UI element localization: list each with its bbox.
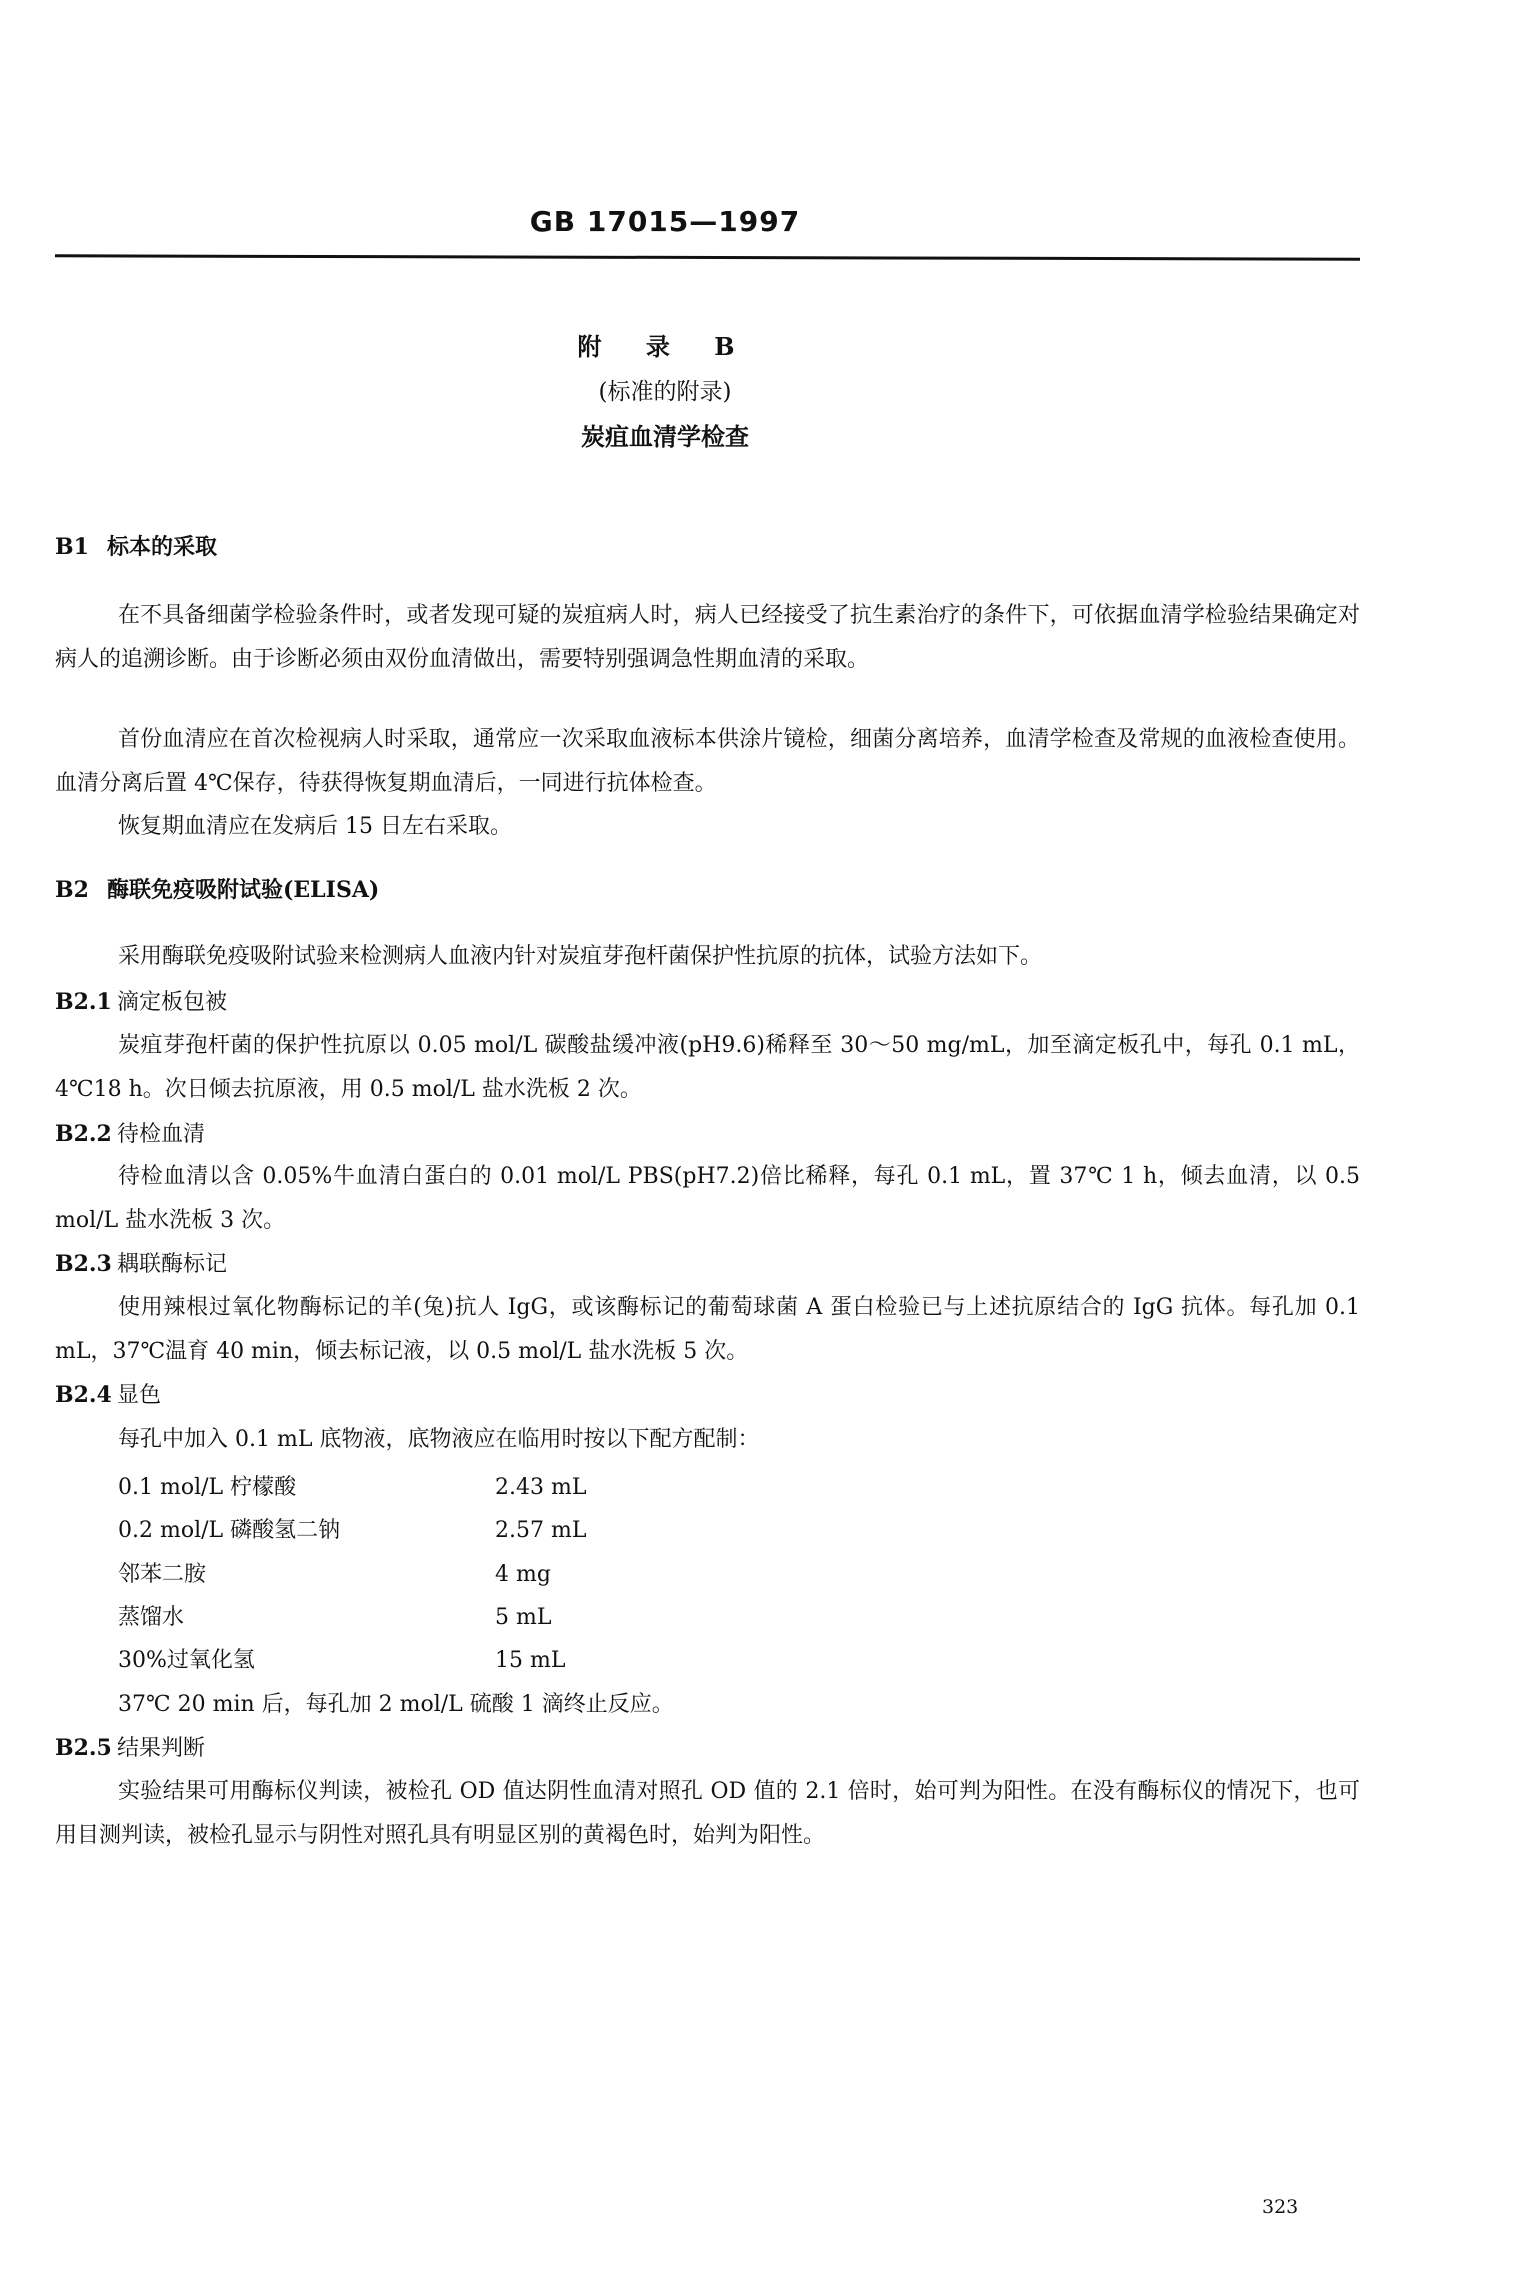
- subsection-heading-b2-1: B2.1滴定板包被: [55, 985, 227, 1016]
- page-number: 323: [1262, 2196, 1298, 2218]
- reagent-name: 邻苯二胺: [118, 1557, 495, 1588]
- reagent-name: 0.2 mol/L 磷酸氢二钠: [118, 1513, 495, 1544]
- reagent-amount: 4 mg: [495, 1562, 551, 1587]
- paragraph: 在不具备细菌学检验条件时，或者发现可疑的炭疽病人时，病人已经接受了抗生素治疗的条…: [55, 594, 1360, 681]
- section-title: 酶联免疫吸附试验(ELISA): [107, 877, 379, 903]
- section-title: 标本的采取: [107, 534, 217, 560]
- recipe-row: 邻苯二胺4 mg: [118, 1557, 551, 1588]
- paragraph: 待检血清以含 0.05%牛血清白蛋白的 0.01 mol/L PBS(pH7.2…: [55, 1155, 1360, 1242]
- paragraph: 炭疽芽孢杆菌的保护性抗原以 0.05 mol/L 碳酸盐缓冲液(pH9.6)稀释…: [55, 1024, 1360, 1111]
- subsection-number: B2.2: [55, 1121, 117, 1147]
- appendix-subtitle: (标准的附录): [0, 373, 1330, 406]
- paragraph: 采用酶联免疫吸附试验来检测病人血液内针对炭疽芽孢杆菌保护性抗原的抗体，试验方法如…: [55, 935, 1360, 979]
- section-number: B2: [55, 877, 107, 903]
- reagent-name: 30%过氧化氢: [118, 1643, 495, 1674]
- reagent-amount: 15 mL: [495, 1648, 565, 1673]
- recipe-row: 0.1 mol/L 柠檬酸2.43 mL: [118, 1470, 586, 1501]
- subsection-heading-b2-4: B2.4显色: [55, 1378, 161, 1409]
- subsection-title: 耦联酶标记: [117, 1252, 227, 1277]
- paragraph: 恢复期血清应在发病后 15 日左右采取。: [55, 805, 1360, 849]
- recipe-row: 30%过氧化氢15 mL: [118, 1643, 565, 1674]
- subsection-heading-b2-5: B2.5结果判断: [55, 1731, 205, 1762]
- appendix-heading: 炭疽血清学检查: [0, 417, 1330, 452]
- subsection-number: B2.5: [55, 1735, 117, 1761]
- paragraph: 首份血清应在首次检视病人时采取，通常应一次采取血液标本供涂片镜检，细菌分离培养，…: [55, 718, 1360, 805]
- subsection-heading-b2-2: B2.2待检血清: [55, 1117, 205, 1148]
- recipe-row: 0.2 mol/L 磷酸氢二钠2.57 mL: [118, 1513, 586, 1544]
- reagent-name: 蒸馏水: [118, 1600, 495, 1631]
- subsection-number: B2.3: [55, 1251, 117, 1277]
- standard-code: GB 17015—1997: [0, 205, 1330, 238]
- appendix-title: 附 录 B: [0, 327, 1330, 362]
- reagent-amount: 5 mL: [495, 1605, 551, 1630]
- reagent-amount: 2.43 mL: [495, 1475, 586, 1500]
- subsection-number: B2.1: [55, 989, 117, 1015]
- subsection-heading-b2-3: B2.3耦联酶标记: [55, 1247, 227, 1278]
- subsection-title: 待检血清: [117, 1122, 205, 1147]
- reagent-name: 0.1 mol/L 柠檬酸: [118, 1470, 495, 1501]
- paragraph: 每孔中加入 0.1 mL 底物液，底物液应在临用时按以下配方配制：: [55, 1418, 1360, 1462]
- paragraph: 实验结果可用酶标仪判读，被检孔 OD 值达阴性血清对照孔 OD 值的 2.1 倍…: [55, 1770, 1360, 1857]
- subsection-title: 结果判断: [117, 1736, 205, 1761]
- header-divider: [55, 254, 1360, 260]
- reagent-amount: 2.57 mL: [495, 1518, 586, 1543]
- section-heading-b2: B2酶联免疫吸附试验(ELISA): [55, 873, 379, 904]
- section-number: B1: [55, 534, 107, 560]
- section-heading-b1: B1标本的采取: [55, 530, 217, 561]
- subsection-title: 滴定板包被: [117, 990, 227, 1015]
- subsection-title: 显色: [117, 1383, 161, 1408]
- document-page: GB 17015—1997 附 录 B (标准的附录) 炭疽血清学检查 B1标本…: [0, 0, 1536, 2285]
- paragraph: 使用辣根过氧化物酶标记的羊(兔)抗人 IgG，或该酶标记的葡萄球菌 A 蛋白检验…: [55, 1286, 1360, 1373]
- recipe-row: 蒸馏水5 mL: [118, 1600, 551, 1631]
- subsection-number: B2.4: [55, 1382, 117, 1408]
- stop-reaction-note: 37℃ 20 min 后，每孔加 2 mol/L 硫酸 1 滴终止反应。: [118, 1687, 674, 1718]
